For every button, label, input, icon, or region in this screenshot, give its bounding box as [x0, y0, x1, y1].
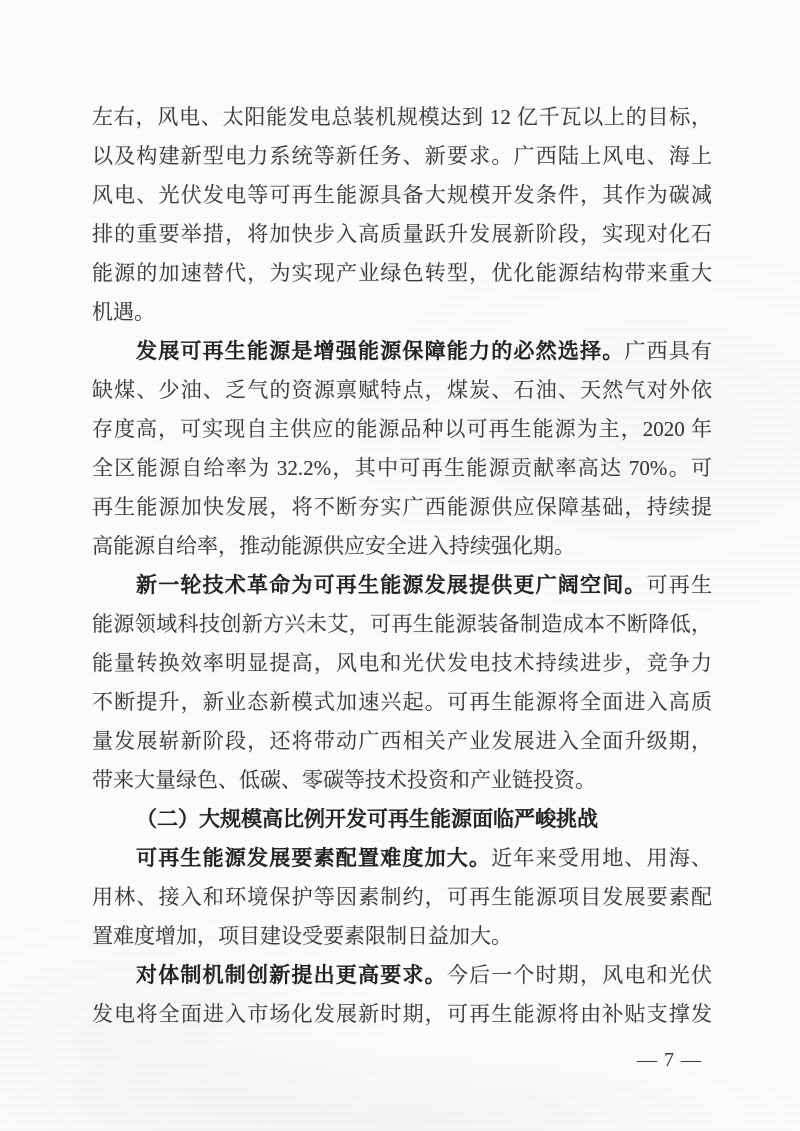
text-line: 能源的加速替代，为实现产业绿色转型，优化能源结构带来重大 — [92, 254, 712, 293]
text-segment: 今后一个时期，风电和光伏 — [447, 963, 712, 987]
text-line: 新一轮技术革命为可再生能源发展提供更广阔空间。可再生 — [92, 566, 712, 605]
text-line: 发展可再生能源是增强能源保障能力的必然选择。广西具有 — [92, 332, 712, 371]
document-page: 左右，风电、太阳能发电总装机规模达到 12 亿千瓦以上的目标，以及构建新型电力系… — [0, 0, 800, 1131]
text-segment: 置难度增加，项目建设受要素限制日益加大。 — [92, 924, 512, 948]
text-segment: 排的重要举措，将加快步入高质量跃升发展新阶段，实现对化石 — [92, 222, 712, 246]
text-line: 量发展崭新阶段，还将带动广西相关产业发展进入全面升级期， — [92, 722, 712, 761]
text-segment: 再生能源加快发展，将不断夯实广西能源供应保障基础，持续提 — [92, 495, 712, 519]
text-segment: 带来大量绿色、低碳、零碳等技术投资和产业链投资。 — [92, 768, 596, 792]
paragraph-technology-revolution: 新一轮技术革命为可再生能源发展提供更广阔空间。可再生能源领域科技创新方兴未艾，可… — [92, 566, 712, 800]
text-line: 发电将全面进入市场化发展新时期，可再生能源将由补贴支撑发 — [92, 995, 712, 1034]
text-line: 再生能源加快发展，将不断夯实广西能源供应保障基础，持续提 — [92, 488, 712, 527]
text-segment: 能量转换效率明显提高，风电和光伏发电技术持续进步，竞争力 — [92, 651, 712, 675]
text-segment: 广西具有 — [624, 339, 712, 363]
bold-text-segment: （二）大规模高比例开发可再生能源面临严峻挑战 — [136, 807, 598, 831]
text-line: （二）大规模高比例开发可再生能源面临严峻挑战 — [92, 800, 712, 839]
bold-text-segment: 可再生能源发展要素配置难度加大。 — [136, 846, 491, 870]
text-segment: 量发展崭新阶段，还将带动广西相关产业发展进入全面升级期， — [92, 729, 712, 753]
text-segment: 发电将全面进入市场化发展新时期，可再生能源将由补贴支撑发 — [92, 1002, 712, 1026]
text-segment: 能源领域科技创新方兴未艾，可再生能源装备制造成本不断降低， — [92, 612, 712, 636]
text-line: 能量转换效率明显提高，风电和光伏发电技术持续进步，竞争力 — [92, 644, 712, 683]
text-segment: 高能源自给率，推动能源供应安全进入持续强化期。 — [92, 534, 575, 558]
text-line: 以及构建新型电力系统等新任务、新要求。广西陆上风电、海上 — [92, 137, 712, 176]
text-segment: 以及构建新型电力系统等新任务、新要求。广西陆上风电、海上 — [92, 144, 712, 168]
text-line: 可再生能源发展要素配置难度加大。近年来受用地、用海、 — [92, 839, 712, 878]
text-line: 左右，风电、太阳能发电总装机规模达到 12 亿千瓦以上的目标， — [92, 98, 712, 137]
text-segment: 能源的加速替代，为实现产业绿色转型，优化能源结构带来重大 — [92, 261, 712, 285]
text-line: 不断提升，新业态新模式加速兴起。可再生能源将全面进入高质 — [92, 683, 712, 722]
text-segment: 存度高，可实现自主供应的能源品种以可再生能源为主，2020 年 — [92, 417, 712, 441]
text-line: 机遇。 — [92, 293, 712, 332]
text-line: 存度高，可实现自主供应的能源品种以可再生能源为主，2020 年 — [92, 410, 712, 449]
text-segment: 不断提升，新业态新模式加速兴起。可再生能源将全面进入高质 — [92, 690, 712, 714]
section-heading-2: （二）大规模高比例开发可再生能源面临严峻挑战 — [92, 800, 712, 839]
paragraph-energy-security: 发展可再生能源是增强能源保障能力的必然选择。广西具有缺煤、少油、乏气的资源禀赋特… — [92, 332, 712, 566]
paragraph-continuation-goals: 左右，风电、太阳能发电总装机规模达到 12 亿千瓦以上的目标，以及构建新型电力系… — [92, 98, 712, 332]
text-segment: 用林、接入和环境保护等因素制约，可再生能源项目发展要素配 — [92, 885, 712, 909]
text-line: 用林、接入和环境保护等因素制约，可再生能源项目发展要素配 — [92, 878, 712, 917]
text-line: 能源领域科技创新方兴未艾，可再生能源装备制造成本不断降低， — [92, 605, 712, 644]
bold-text-segment: 对体制机制创新提出更高要求。 — [136, 963, 447, 987]
text-segment: 全区能源自给率为 32.2%，其中可再生能源贡献率高达 70%。可 — [92, 456, 712, 480]
text-line: 高能源自给率，推动能源供应安全进入持续强化期。 — [92, 527, 712, 566]
text-line: 缺煤、少油、乏气的资源禀赋特点，煤炭、石油、天然气对外依 — [92, 371, 712, 410]
text-line: 置难度增加，项目建设受要素限制日益加大。 — [92, 917, 712, 956]
text-segment: 机遇。 — [92, 300, 155, 324]
text-line: 对体制机制创新提出更高要求。今后一个时期，风电和光伏 — [92, 956, 712, 995]
text-segment: 近年来受用地、用海、 — [491, 846, 712, 870]
text-line: 风电、光伏发电等可再生能源具备大规模开发条件，其作为碳减 — [92, 176, 712, 215]
bold-text-segment: 新一轮技术革命为可再生能源发展提供更广阔空间。 — [136, 573, 647, 597]
text-segment: 可再生 — [647, 573, 712, 597]
paragraph-factor-allocation: 可再生能源发展要素配置难度加大。近年来受用地、用海、用林、接入和环境保护等因素制… — [92, 839, 712, 956]
text-line: 全区能源自给率为 32.2%，其中可再生能源贡献率高达 70%。可 — [92, 449, 712, 488]
text-line: 带来大量绿色、低碳、零碳等技术投资和产业链投资。 — [92, 761, 712, 800]
paragraph-institutional-innovation: 对体制机制创新提出更高要求。今后一个时期，风电和光伏发电将全面进入市场化发展新时… — [92, 956, 712, 1034]
text-segment: 左右，风电、太阳能发电总装机规模达到 12 亿千瓦以上的目标， — [92, 105, 712, 129]
text-segment: 缺煤、少油、乏气的资源禀赋特点，煤炭、石油、天然气对外依 — [92, 378, 712, 402]
text-segment: 风电、光伏发电等可再生能源具备大规模开发条件，其作为碳减 — [92, 183, 712, 207]
text-line: 排的重要举措，将加快步入高质量跃升发展新阶段，实现对化石 — [92, 215, 712, 254]
page-number: — 7 — — [637, 1046, 702, 1074]
bold-text-segment: 发展可再生能源是增强能源保障能力的必然选择。 — [136, 339, 624, 363]
text-block: 左右，风电、太阳能发电总装机规模达到 12 亿千瓦以上的目标，以及构建新型电力系… — [92, 98, 712, 1034]
